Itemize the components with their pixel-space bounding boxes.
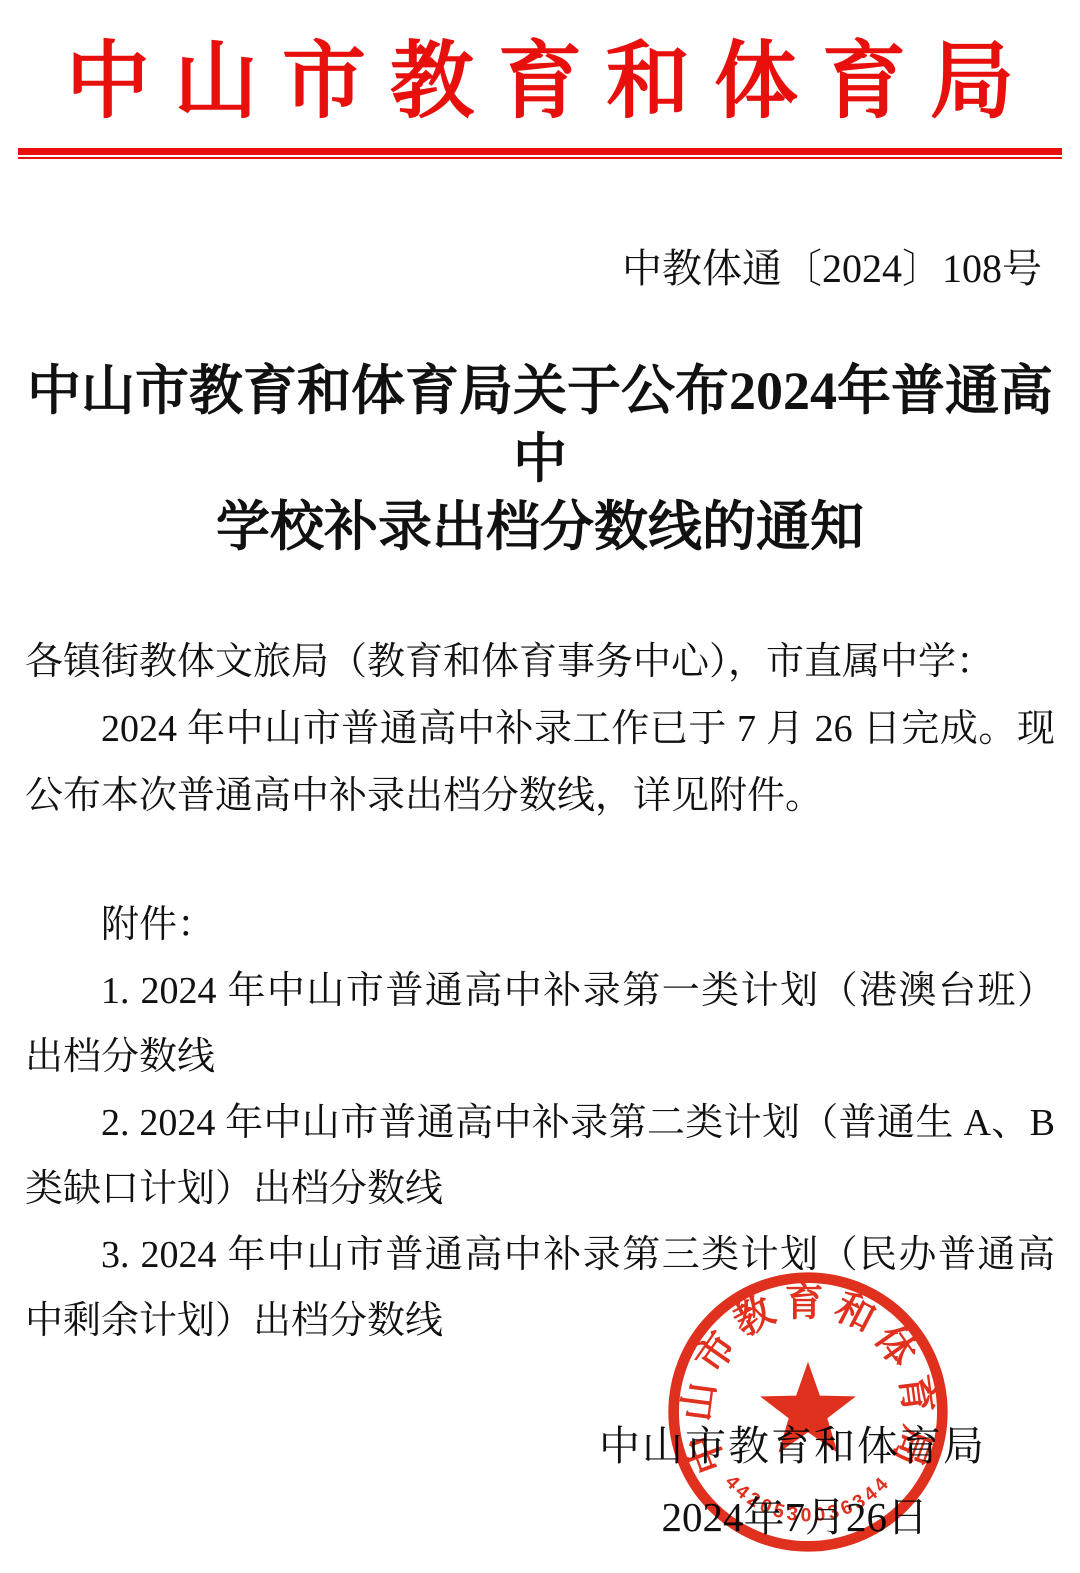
official-seal: 中山市教育和体育局 4420530036344 bbox=[663, 1267, 953, 1557]
doc-title: 中山市教育和体育局关于公布2024年普通高中 学校补录出档分数线的通知 bbox=[10, 357, 1070, 561]
attachments-label: 附件： bbox=[25, 892, 1055, 958]
body-text: 各镇街教体文旅局（教育和体育事务中心），市直属中学： 2024 年中山市普通高中… bbox=[25, 629, 1055, 830]
letterhead-divider bbox=[18, 148, 1062, 159]
salutation-line: 各镇街教体文旅局（教育和体育事务中心），市直属中学： bbox=[25, 629, 1055, 696]
seal-code: 4420530036344 bbox=[721, 1471, 896, 1526]
letterhead-agency-name: 中山市教育和体育局 bbox=[0, 26, 1080, 140]
letterhead: 中山市教育和体育局 bbox=[0, 0, 1080, 159]
body-paragraph: 2024 年中山市普通高中补录工作已于 7 月 26 日完成。现公布本次普通高中… bbox=[25, 696, 1055, 830]
divider-thin-line bbox=[18, 157, 1062, 159]
doc-title-line-1: 中山市教育和体育局关于公布2024年普通高中 bbox=[27, 361, 1053, 489]
seal-star-icon bbox=[760, 1362, 856, 1453]
attachment-item-1: 1. 2024 年中山市普通高中补录第一类计划（港澳台班）出档分数线 bbox=[25, 958, 1055, 1090]
attachment-item-2: 2. 2024 年中山市普通高中补录第二类计划（普通生 A、B 类缺口计划）出档… bbox=[25, 1090, 1055, 1222]
official-notice-page: 中山市教育和体育局 中教体通〔2024〕108号 中山市教育和体育局关于公布20… bbox=[0, 0, 1080, 1573]
doc-title-line-2: 学校补录出档分数线的通知 bbox=[216, 497, 864, 557]
divider-thick-line bbox=[18, 148, 1062, 155]
doc-reference-number: 中教体通〔2024〕108号 bbox=[0, 243, 1080, 295]
official-seal-graphic: 中山市教育和体育局 4420530036344 bbox=[663, 1267, 953, 1557]
